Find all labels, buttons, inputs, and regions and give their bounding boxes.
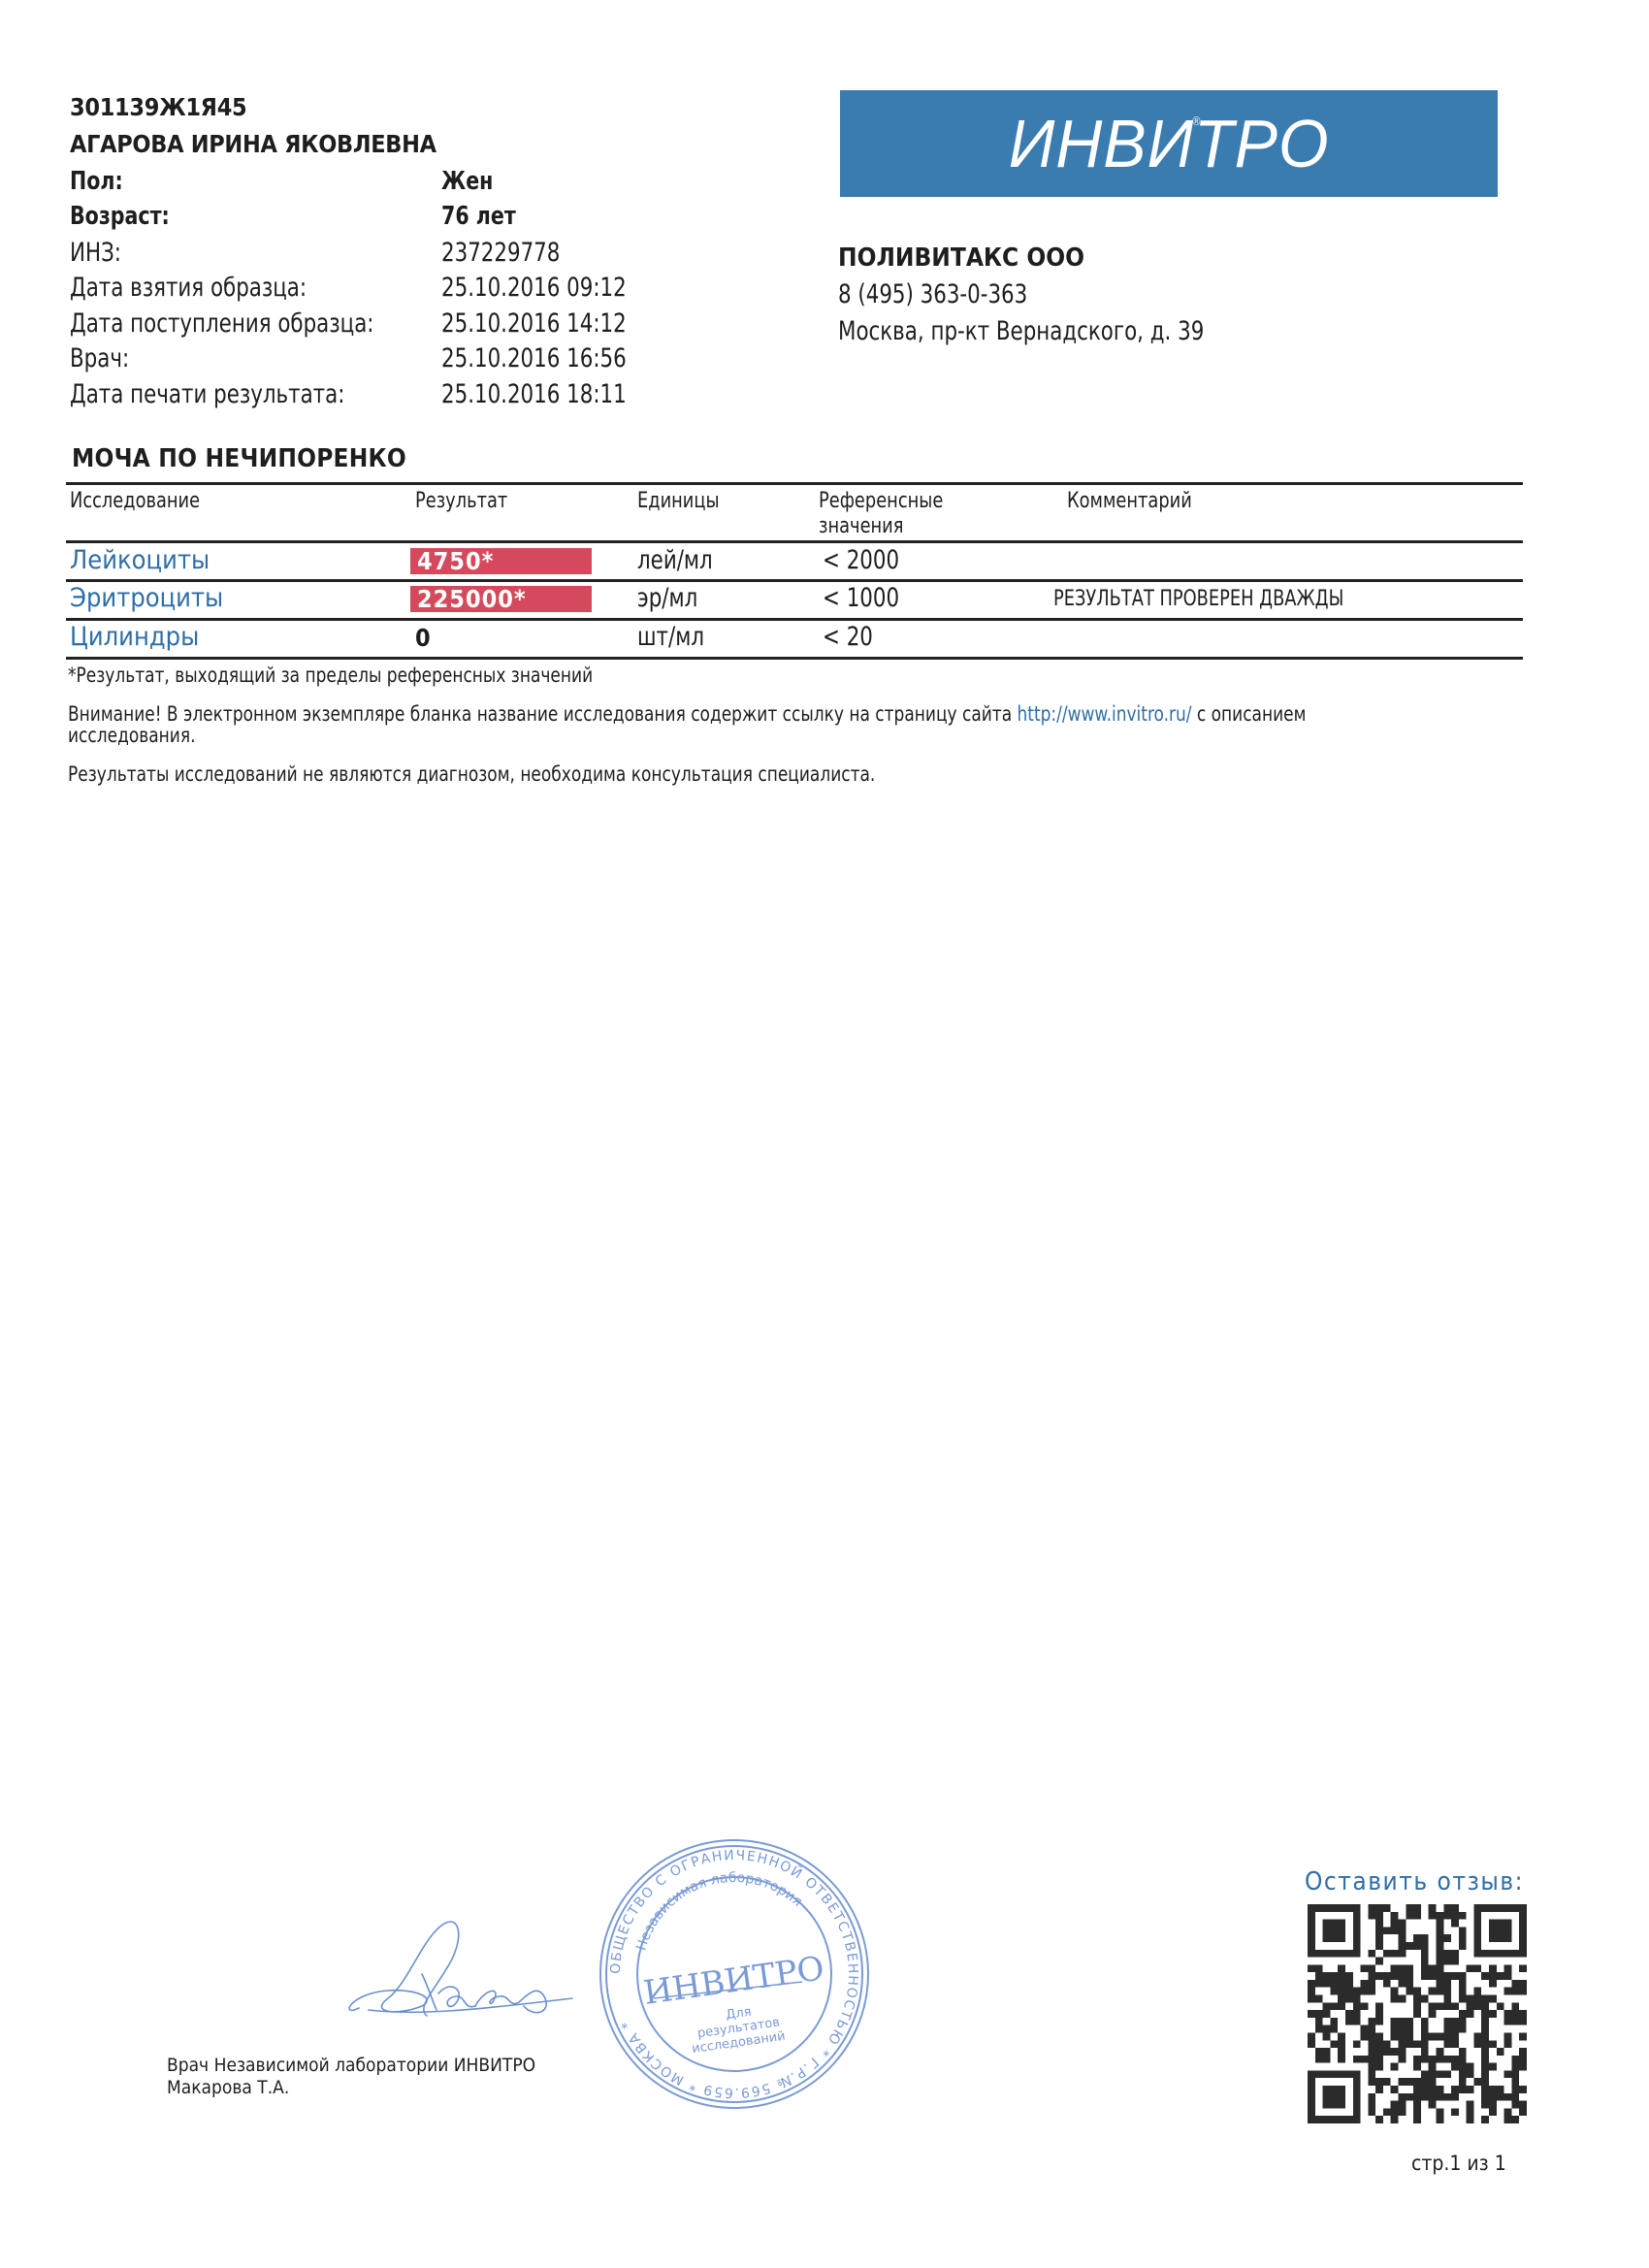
row-rule [66, 579, 1523, 582]
attention-text-end: с описанием [1191, 702, 1306, 726]
study-name-link[interactable]: Лейкоциты [70, 545, 210, 575]
patient-field-row: Врач:25.10.2016 16:56 [70, 343, 691, 378]
lab-stamp: ОБЩЕСТВО С ОГРАНИЧЕННОЙ ОТВЕТСТВЕННОСТЬЮ… [594, 1829, 875, 2120]
field-value: Жен [441, 167, 493, 196]
doctor-signature-block: Врач Независимой лаборатории ИНВИТРО Мак… [167, 2055, 535, 2099]
study-name-link[interactable]: Эритроциты [70, 583, 223, 613]
column-header-study: Исследование [70, 489, 200, 514]
result-units: эр/мл [637, 583, 697, 613]
field-label: Дата взятия образца: [70, 273, 307, 303]
page-number: стр.1 из 1 [1411, 2152, 1506, 2175]
svg-text:ИНВИТРО: ИНВИТРО [641, 1949, 826, 2013]
footnote: *Результат, выходящий за пределы референ… [68, 664, 593, 687]
field-label: Возраст: [70, 202, 170, 231]
patient-field-row: Дата взятия образца:25.10.2016 09:12 [70, 273, 691, 308]
field-label: Дата поступления образца: [70, 308, 374, 339]
organization-phone: 8 (495) 363-0-363 [838, 279, 1027, 309]
reference-range: < 20 [823, 622, 873, 652]
reference-range: < 1000 [823, 583, 899, 613]
registered-mark: ® [1191, 114, 1202, 128]
organization-name: ПОЛИВИТАКС ООО [838, 243, 1084, 273]
organization-address: Москва, пр-кт Вернадского, д. 39 [838, 316, 1204, 346]
logo-text: ИНВИТРО [1009, 105, 1330, 182]
result-value-flagged: 225000* [410, 586, 592, 612]
reference-header-line2: значения [819, 514, 903, 538]
patient-field-row: Дата печати результата:25.10.2016 18:11 [70, 379, 691, 414]
result-value-flagged: 4750* [410, 548, 592, 574]
patient-field-row: Возраст:76 лет [70, 202, 691, 237]
patient-name: АГАРОВА ИРИНА ЯКОВЛЕВНА [70, 130, 436, 158]
field-label: Врач: [70, 343, 129, 373]
row-rule [66, 618, 1523, 621]
result-units: шт/мл [637, 622, 704, 652]
field-value: 25.10.2016 09:12 [441, 273, 627, 303]
review-label: Оставить отзыв: [1305, 1867, 1524, 1896]
column-header-units: Единицы [637, 489, 720, 514]
field-label: Пол: [70, 167, 123, 196]
field-value: 25.10.2016 16:56 [441, 343, 627, 373]
column-header-comment: Комментарий [1067, 489, 1192, 514]
field-value: 76 лет [441, 202, 516, 231]
attention-text: Внимание! В электронном экземпляре бланк… [68, 702, 1018, 726]
study-name-link[interactable]: Цилиндры [70, 622, 199, 652]
patient-field-row: Пол:Жен [70, 167, 691, 202]
row-rule [66, 657, 1523, 660]
feedback-qr-code[interactable] [1308, 1904, 1527, 2123]
field-value: 25.10.2016 14:12 [441, 308, 627, 339]
result-value: 0 [415, 624, 431, 652]
reference-range: < 2000 [823, 545, 899, 575]
doctor-name: Макарова Т.А. [167, 2077, 535, 2099]
field-value: 25.10.2016 18:11 [441, 379, 627, 409]
order-id: 301139Ж1Я45 [70, 93, 246, 121]
attention-note-line2: исследования. [68, 724, 195, 747]
doctor-title: Врач Независимой лаборатории ИНВИТРО [167, 2055, 535, 2077]
header-bottom-rule [66, 540, 1523, 543]
field-label: Дата печати результата: [70, 379, 344, 409]
result-units: лей/мл [637, 545, 713, 575]
invitro-link[interactable]: http://www.invitro.ru/ [1018, 702, 1192, 726]
test-title: МОЧА ПО НЕЧИПОРЕНКО [72, 444, 406, 473]
result-comment: РЕЗУЛЬТАТ ПРОВЕРЕН ДВАЖДЫ [1053, 587, 1343, 611]
doctor-signature [330, 1901, 601, 2047]
field-value: 237229778 [441, 238, 560, 268]
disclaimer: Результаты исследований не являются диаг… [68, 762, 875, 786]
patient-field-row: Дата поступления образца:25.10.2016 14:1… [70, 308, 691, 343]
reference-header-line1: Референсные [819, 489, 943, 513]
column-header-result: Результат [415, 489, 507, 514]
column-header-reference: Референсные значения [819, 489, 943, 539]
attention-note: Внимание! В электронном экземпляре бланк… [68, 702, 1306, 726]
table-top-rule [66, 482, 1523, 485]
patient-field-row: ИНЗ:237229778 [70, 238, 691, 273]
invitro-logo: ИНВИТРО [840, 90, 1498, 197]
field-label: ИНЗ: [70, 238, 121, 268]
